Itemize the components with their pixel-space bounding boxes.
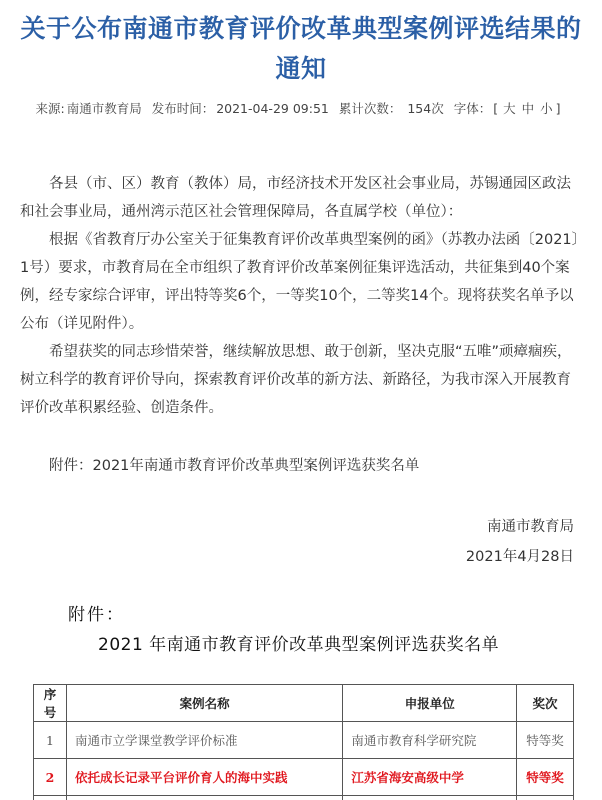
- paragraph-addressees: 各县（市、区）教育（教体）局，市经济技术开发区社会事业局，苏锡通园区政法和社会事…: [20, 170, 582, 226]
- attachment-label: 附件：: [68, 600, 125, 625]
- cell-unit: 南通市教育科学研究院: [343, 722, 517, 759]
- attachment-title: 2021 年南通市教育评价改革典型案例评选获奖名单: [98, 630, 499, 655]
- views-value: 154次: [407, 101, 443, 116]
- cell-unit: 江苏省海安高级中学: [343, 759, 517, 796]
- source-value: 南通市教育局: [67, 101, 142, 116]
- bracket-open: [: [493, 101, 498, 116]
- article-title: 关于公布南通市教育评价改革典型案例评选结果的: [0, 12, 602, 46]
- award-table: 序号 案例名称 申报单位 奖次 1 南通市立学课堂教学评价标准 南通市教育科学研…: [33, 684, 574, 800]
- signature-date: 2021年4月28日: [466, 545, 574, 566]
- paragraph-basis: 根据《省教育厅办公室关于征集教育评价改革典型案例的函》（苏教办法函〔2021〕1…: [20, 226, 582, 338]
- cell-case-name: 依托成长记录平台评价育人的海中实践: [66, 759, 342, 796]
- font-size-small-button[interactable]: 小: [540, 101, 553, 116]
- published-value: 2021-04-29 09:51: [216, 101, 329, 116]
- cell-case-name: 南通市立学课堂教学评价标准: [66, 722, 342, 759]
- article-meta: 来源:南通市教育局 发布时间：2021-04-29 09:51 累计次数：154…: [0, 99, 602, 117]
- signature-org: 南通市教育局: [487, 515, 574, 536]
- header-no: 序号: [34, 685, 67, 722]
- cell-award: 特等奖: [517, 759, 574, 796]
- font-size-large-button[interactable]: 大: [503, 101, 516, 116]
- cell-empty: [343, 796, 517, 800]
- header-case-name: 案例名称: [66, 685, 342, 722]
- cell-empty: [517, 796, 574, 800]
- header-award: 奖次: [517, 685, 574, 722]
- table-row: 1 南通市立学课堂教学评价标准 南通市教育科学研究院 特等奖: [34, 722, 574, 759]
- font-size-label: 字体：: [454, 101, 492, 116]
- cell-empty: [34, 796, 67, 800]
- cell-empty: [66, 796, 342, 800]
- cell-award: 特等奖: [517, 722, 574, 759]
- article-title-continued: 通知: [0, 52, 602, 86]
- table-row-partial: [34, 796, 574, 800]
- bracket-close: ]: [556, 101, 561, 116]
- table-row-highlighted: 2 依托成长记录平台评价育人的海中实践 江苏省海安高级中学 特等奖: [34, 759, 574, 796]
- font-size-medium-button[interactable]: 中: [522, 101, 535, 116]
- source-label: 来源:: [35, 101, 64, 116]
- views-label: 累计次数：: [339, 101, 402, 116]
- published-label: 发布时间：: [152, 101, 215, 116]
- cell-no: 1: [34, 722, 67, 759]
- paragraph-attachment-link[interactable]: 附件：2021年南通市教育评价改革典型案例评选获奖名单: [20, 452, 582, 480]
- table-header-row: 序号 案例名称 申报单位 奖次: [34, 685, 574, 722]
- paragraph-hope: 希望获奖的同志珍惜荣誉，继续解放思想、敢于创新，坚决克服“五唯”顽瘴痼疾，树立科…: [20, 338, 582, 422]
- header-unit: 申报单位: [343, 685, 517, 722]
- cell-no: 2: [34, 759, 67, 796]
